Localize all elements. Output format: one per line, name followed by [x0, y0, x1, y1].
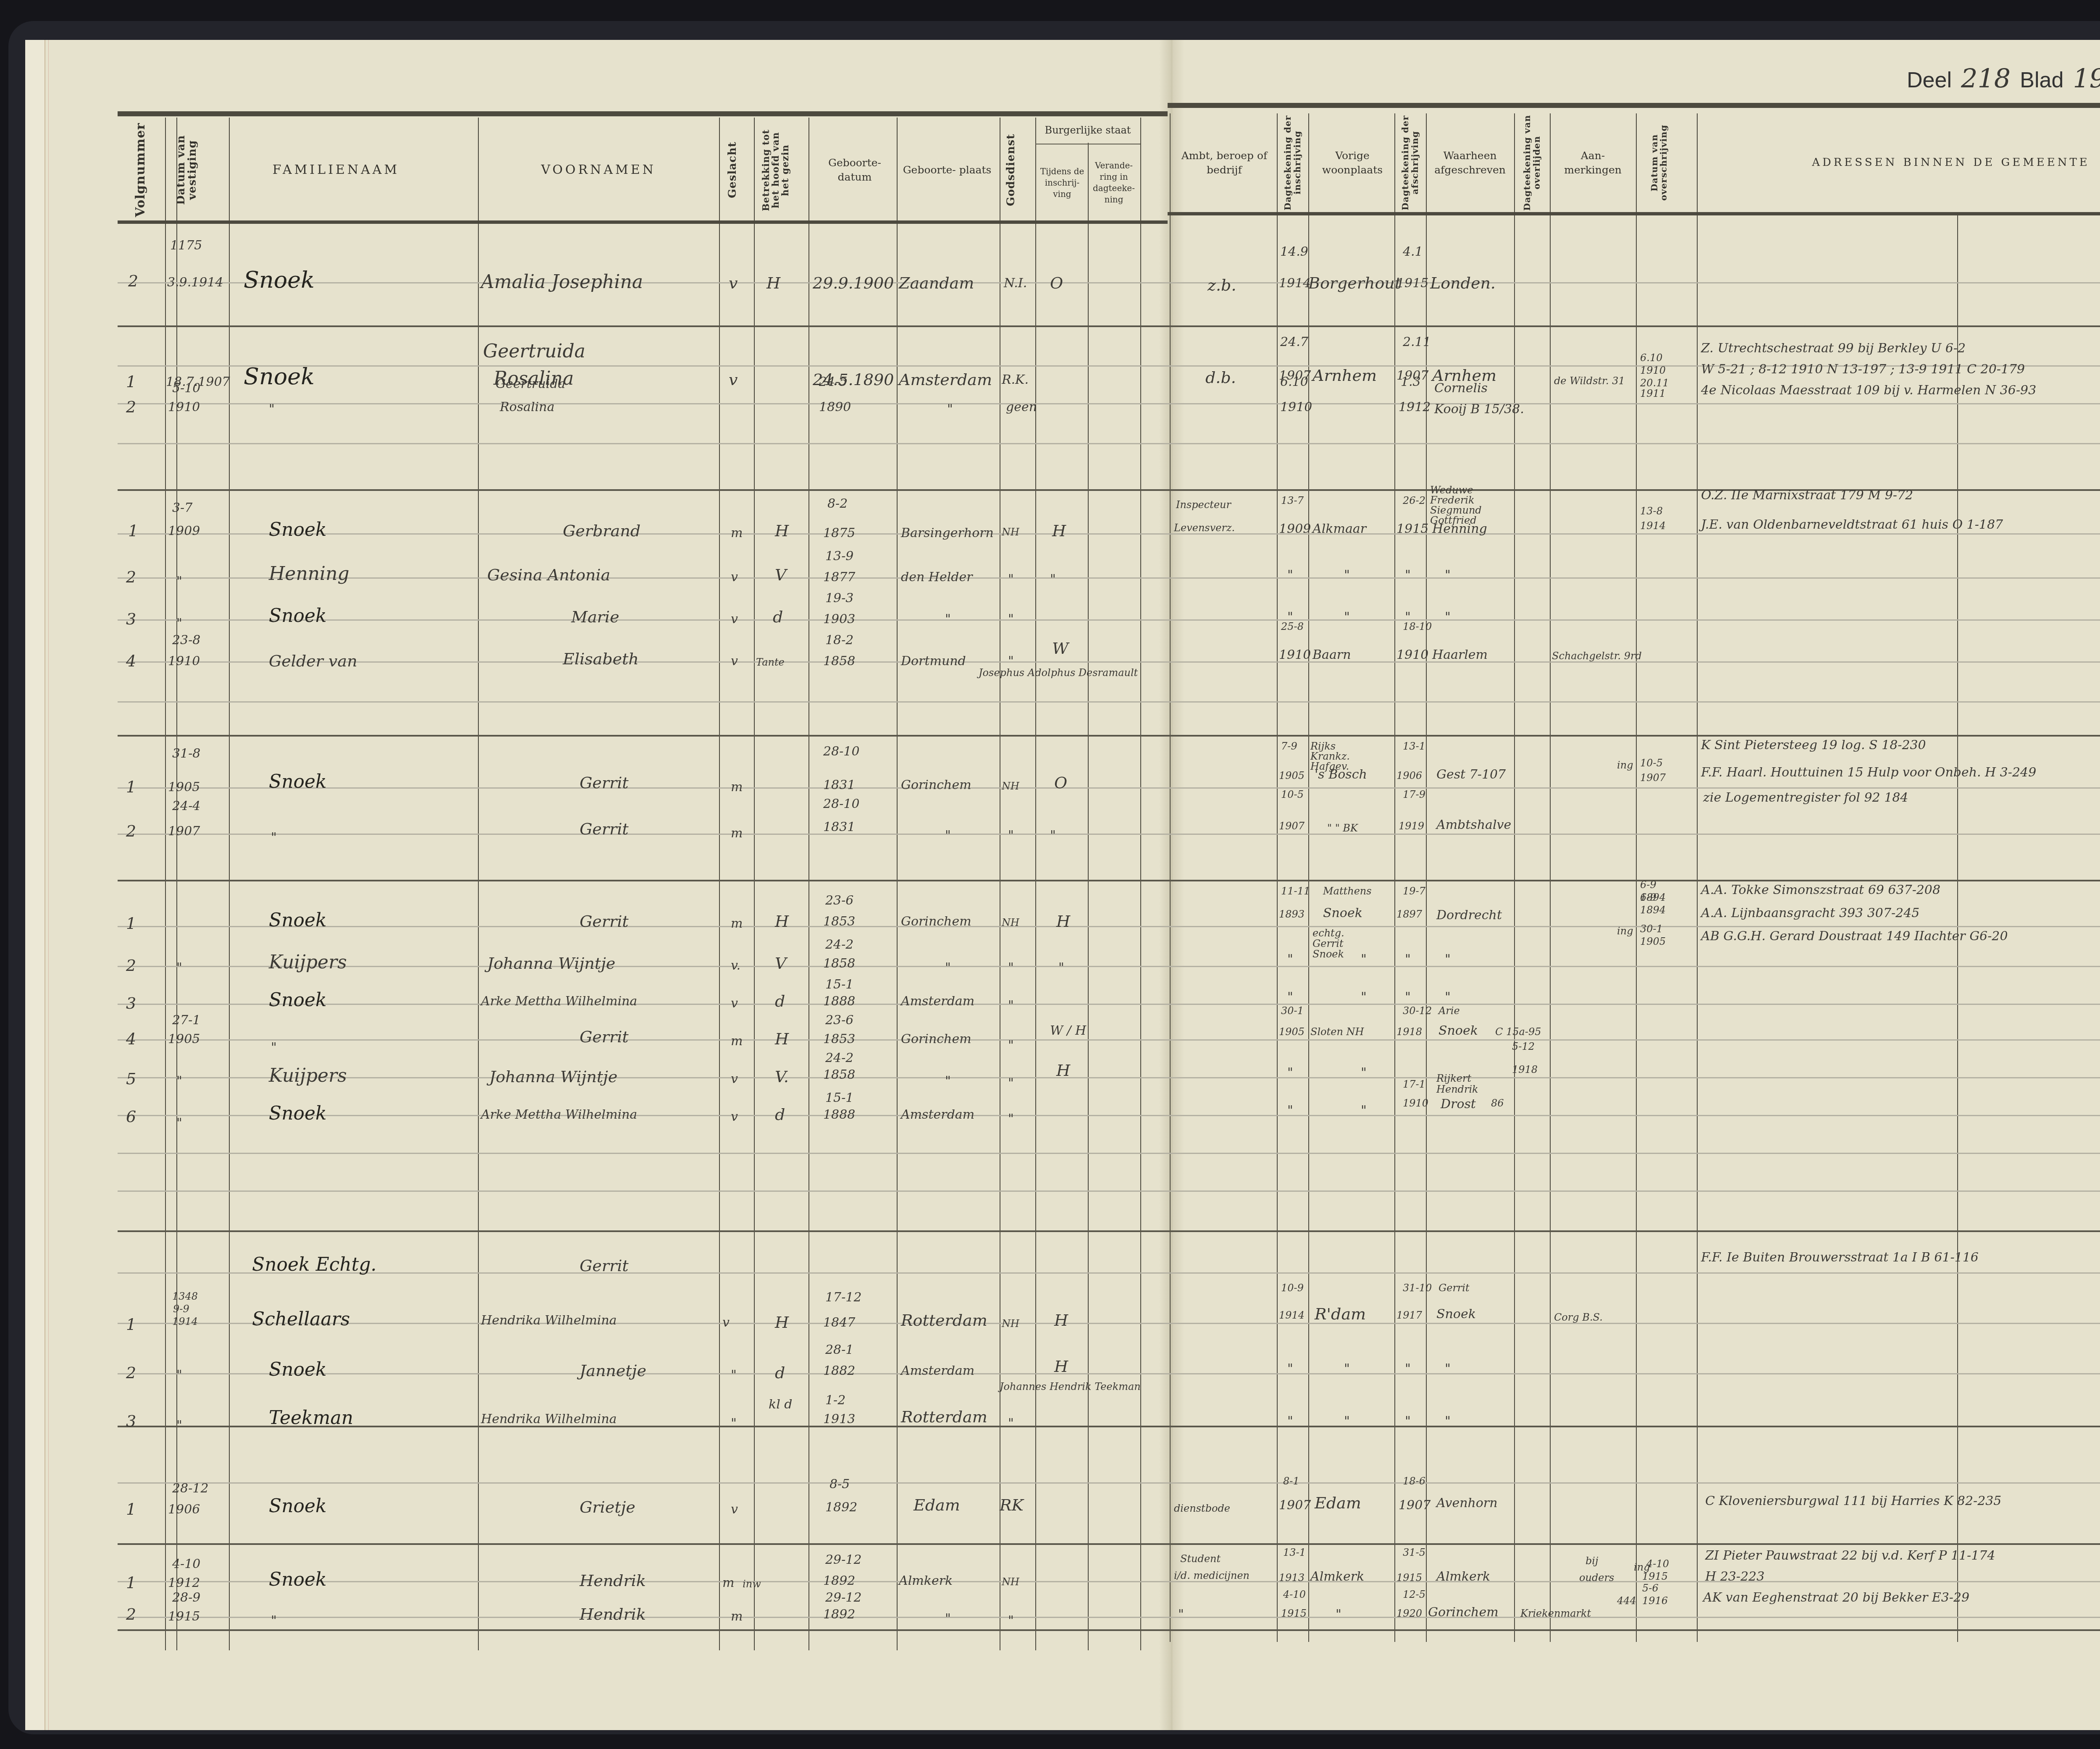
dagt-afschrijving: 1915	[1396, 1573, 1422, 1583]
vorige-woonplaats-2: echtg. Gerrit Snoek	[1312, 928, 1354, 960]
godsdienst: "	[1008, 1113, 1014, 1125]
col-volgnummer: Volgnummer	[122, 122, 160, 218]
dagt-afschrijving-top: 31-10	[1403, 1283, 1432, 1293]
geboortedatum-top: 24-2	[825, 939, 853, 951]
geslacht: v	[731, 1503, 738, 1516]
godsdienst: N.I.	[1004, 277, 1027, 290]
geslacht: "	[731, 1417, 737, 1430]
datum-vestiging: 1909	[168, 525, 200, 538]
vorige-woonplaats: "	[1344, 1363, 1350, 1375]
col-divider	[1957, 214, 1958, 1642]
familienaam: Teekman	[269, 1409, 353, 1427]
deel-value: 218	[1961, 63, 2011, 94]
address: K Sint Pietersteeg 19 log. S 18-230	[1701, 739, 1926, 752]
geboortedatum-top: 17-12	[825, 1291, 861, 1304]
overschrijving: 1894	[1640, 905, 1666, 915]
overschrijving: 1915	[1642, 1571, 1668, 1581]
geboorteplaats: Rotterdam	[901, 1312, 987, 1328]
geboortedatum: 1877	[823, 571, 855, 584]
dagt-inschrijving-top: 8-1	[1283, 1476, 1299, 1486]
familienaam: Snoek	[269, 607, 327, 625]
voornamen: Gesina Antonia	[487, 567, 610, 583]
geboortedatum-top: 8-5	[829, 1478, 850, 1491]
geslacht: m	[731, 527, 743, 540]
geboortedatum: 1913	[823, 1413, 855, 1426]
volgnummer: 3	[126, 611, 136, 627]
betrekking: Tante	[756, 657, 785, 667]
overschrijving-pre: ing	[1617, 760, 1633, 770]
betrekking: inw	[743, 1579, 761, 1589]
geboortedatum-top: 18-2	[825, 634, 853, 647]
dagt-afschrijving: 1918	[1396, 1027, 1422, 1037]
geboorteplaats: Gorinchem	[901, 915, 971, 928]
vorige-woonplaats: Alkmaar	[1312, 523, 1366, 535]
dagt-inschrijving-top: 11-11	[1281, 886, 1310, 896]
godsdienst: "	[1008, 1077, 1014, 1090]
col-waarheen: Waarheen afgeschreven	[1428, 113, 1512, 212]
geslacht: v	[731, 571, 738, 584]
vorige-woonplaats: "	[1336, 1608, 1341, 1621]
geboorteplaats: Gorinchem	[901, 779, 971, 792]
geboortedatum-top: 29-12	[825, 1554, 861, 1566]
overschrijving-top: 30-1	[1640, 924, 1663, 934]
col-godsdienst: Godsdienst	[997, 122, 1025, 218]
ruled-line	[118, 1272, 2100, 1274]
col-divider	[1170, 113, 1171, 1642]
geslacht: v	[731, 997, 738, 1010]
col-geboortedatum: Geboorte- datum	[811, 122, 899, 218]
familienaam: Snoek	[269, 1361, 327, 1379]
ruled-line	[118, 1004, 2100, 1005]
godsdienst: "	[1008, 1615, 1014, 1627]
ambt: z.b.	[1207, 277, 1236, 293]
vorige-woonplaats: "	[1361, 1067, 1367, 1079]
geboortedatum: 1858	[823, 655, 855, 668]
godsdienst: "	[1008, 999, 1014, 1012]
col-betrekking: Betrekking tot het hoofd van het gezin	[756, 122, 796, 218]
datum-vestiging: 1910	[168, 401, 200, 414]
dagt-inschrijving-top: 4-10	[1283, 1589, 1306, 1600]
col-dagt-afschrijving: Dagteekening der afschrijving	[1396, 113, 1424, 212]
godsdienst: "	[1008, 655, 1014, 668]
aanmerking-top: 444	[1617, 1596, 1636, 1606]
address-date-top: 13-8	[1640, 506, 1663, 516]
ruled-line	[118, 1482, 2100, 1484]
col-divider	[1308, 113, 1309, 1642]
aanmerking: C 15a-95	[1495, 1027, 1541, 1037]
godsdienst: NH	[1002, 1319, 1019, 1329]
page-bottom-rule	[118, 1629, 2100, 1631]
familienaam: "	[271, 1041, 277, 1054]
vorige-woonplaats: Arnhem	[1312, 367, 1377, 383]
familienaam: Snoek Echtg.	[252, 1256, 377, 1274]
voornamen: Amalia Josephina	[481, 273, 643, 291]
volgnummer: 4	[126, 653, 136, 669]
betrekking: H	[775, 1314, 789, 1330]
volgnummer: 1	[126, 915, 136, 931]
ruled-line	[118, 619, 2100, 621]
dagt-inschrijving-top: 10-5	[1281, 789, 1304, 800]
header-bottom-rule-right	[1168, 212, 2100, 215]
geboortedatum: 1847	[823, 1316, 855, 1329]
dagt-afschrijving-top: 17-1	[1403, 1079, 1425, 1089]
col-datum-vestiging: Datum van vestiging	[162, 122, 212, 218]
geboorteplaats: Edam	[913, 1497, 960, 1513]
dagt-inschrijving: 1907	[1279, 821, 1305, 831]
family-separator	[118, 735, 2100, 737]
dagt-inschrijving-top: 25-8	[1281, 621, 1304, 632]
aanmerking-top: 5-12	[1512, 1041, 1535, 1051]
datum-note: 1175	[170, 239, 202, 252]
dagt-inschrijving-top: 30-1	[1281, 1006, 1304, 1016]
waarheen: Henning	[1432, 523, 1487, 535]
voornamen: Elisabeth	[563, 651, 639, 667]
familienaam: "	[271, 1615, 277, 1627]
overschrijving-top: 5-6	[1642, 1583, 1659, 1593]
waarheen: "	[1445, 611, 1451, 624]
waarheen-1: Weduwe Frederik Siegmund Gottfried	[1430, 485, 1512, 525]
dagt-inschrijving: 1907	[1279, 1499, 1311, 1512]
familienaam: "	[271, 831, 277, 844]
dagt-inschrijving: "	[1287, 1415, 1293, 1428]
volgnummer: 4	[126, 1031, 136, 1047]
geboortedatum: 1831	[823, 779, 855, 792]
waarheen: Snoek	[1436, 1308, 1476, 1321]
dagt-afschrijving-top: 4.1	[1403, 246, 1423, 258]
geslacht: m	[731, 781, 743, 794]
dagt-afschrijving-top: 31-5	[1403, 1547, 1425, 1558]
geslacht: v	[729, 275, 738, 291]
geboortedatum: 1875	[823, 527, 855, 540]
overschrijving-top: 4-10	[1646, 1559, 1669, 1569]
burgerlijke-staat: O	[1050, 275, 1063, 291]
volgnummer: 3	[126, 995, 136, 1011]
geboorteplaats: Amsterdam	[901, 1365, 974, 1377]
col-voornamen: VOORNAMEN	[479, 122, 718, 218]
col-divider	[1550, 113, 1551, 1642]
ruled-line	[118, 926, 2100, 927]
datum-vestiging: "	[176, 1117, 182, 1130]
voornamen: Gerrit	[580, 913, 629, 929]
volgnummer: 1	[126, 779, 136, 795]
address-date: 1894	[1640, 892, 1666, 902]
godsdienst: "	[1008, 829, 1014, 842]
datum-mid: 9-9	[173, 1304, 189, 1314]
dagt-afschrijving: "	[1405, 1415, 1411, 1428]
address: C Kloveniersburgwal 111 bij Harries K 82…	[1705, 1495, 2001, 1508]
dagt-inschrijving-top: 13-7	[1281, 496, 1304, 506]
godsdienst: "	[1008, 613, 1014, 626]
voornamen: Gerrit	[580, 821, 629, 837]
ambt: d.b.	[1205, 370, 1236, 385]
ruled-line	[118, 1039, 2100, 1041]
address: zie Logementregister fol 92 184	[1703, 792, 1908, 804]
dagt-inschrijving: 1915	[1281, 1608, 1307, 1618]
staat-note: Josephus Adolphus Desramault	[979, 668, 1138, 678]
ruled-line	[118, 1373, 2100, 1374]
dagt-afschrijving-top: 2.11	[1403, 336, 1431, 349]
address-date-top: 6-9	[1640, 880, 1656, 890]
burgerlijke-staat: H	[1056, 1062, 1070, 1078]
deel-label: Deel	[1907, 68, 1952, 93]
geslacht: v	[729, 372, 738, 388]
waarheen: Londen.	[1430, 275, 1496, 291]
burgerlijke-staat: H	[1054, 1358, 1068, 1374]
aanmerking: Schachgelstr. 9rd	[1552, 651, 1642, 661]
betrekking: kl d	[769, 1398, 793, 1411]
geboortedatum-top: 24-2	[825, 1052, 853, 1065]
waarheen: "	[1445, 1415, 1451, 1428]
waarheen-1: Rijkert Hendrik	[1436, 1073, 1487, 1095]
geslacht: v.	[731, 960, 740, 972]
vorige-woonplaats: "	[1344, 611, 1350, 624]
address-date: 1910	[1640, 365, 1666, 375]
ambt: i/d. medicijnen	[1174, 1571, 1249, 1581]
geboortedatum-top: 24-5	[819, 376, 847, 388]
burgerlijke-staat: W	[1052, 640, 1068, 656]
dagt-afschrijving-top: 13-1	[1403, 741, 1425, 751]
geslacht: m	[722, 1577, 734, 1589]
voornamen: Johanna Wijntje	[487, 955, 615, 971]
dagt-afschrijving: 1919	[1399, 821, 1424, 831]
datum-vestiging: 1906	[168, 1503, 200, 1516]
dagt-afschrijving: 1915	[1396, 277, 1428, 290]
dagt-inschrijving: "	[1287, 1104, 1293, 1117]
waarheen: "	[1445, 569, 1451, 582]
staat-note: Johannes Hendrik Teekman	[1000, 1382, 1141, 1392]
waarheen-1: Gerrit	[1438, 1283, 1470, 1293]
dagt-afschrijving: 1912	[1399, 401, 1431, 414]
volgnummer: 2	[126, 399, 136, 415]
geboortedatum-top: 23-6	[825, 894, 853, 907]
dagt-afschrijving-top: 18-10	[1403, 621, 1432, 632]
ambt-1: Inspecteur	[1176, 500, 1231, 510]
datum-top: 28-9	[172, 1592, 200, 1604]
familienaam: Snoek	[269, 773, 327, 791]
dagt-afschrijving: 1907	[1399, 1499, 1431, 1512]
dagt-inschrijving: 1905	[1279, 771, 1305, 781]
dagt-inschrijving: "	[1287, 569, 1293, 582]
ruled-line	[118, 701, 2100, 703]
waarheen: Avenhorn	[1436, 1497, 1498, 1510]
datum-vestiging: 1912	[168, 1577, 200, 1589]
overschrijving: 1907	[1640, 773, 1666, 783]
geslacht: m	[731, 1035, 743, 1048]
ruled-line	[118, 1077, 2100, 1078]
waarheen: "	[1445, 953, 1451, 966]
volgnummer: 2	[128, 273, 138, 289]
burgerlijke-staat: H	[1056, 913, 1070, 929]
voornamen: Rosalina	[500, 401, 554, 414]
datum-vestiging: "	[176, 575, 182, 588]
familienaam: "	[269, 403, 275, 416]
col-ambt: Ambt, beroep of bedrijf	[1172, 113, 1277, 212]
address-date-top: 20.11	[1640, 378, 1669, 388]
datum-vestiging: "	[176, 617, 182, 630]
address-date-top: 6.10	[1640, 353, 1662, 363]
burgerlijke-staat: W / H	[1050, 1025, 1086, 1037]
ruled-line	[118, 1190, 2100, 1192]
dagt-inschrijving: "	[1287, 953, 1293, 966]
betrekking: H	[775, 913, 789, 929]
dagt-inschrijving: 1914	[1279, 277, 1311, 290]
book-gutter	[1159, 40, 1184, 1730]
volgnummer: 3	[126, 1413, 136, 1429]
vorige-woonplaats: Borgerhout	[1308, 275, 1401, 291]
voornamen: Gerrit	[580, 1258, 629, 1274]
godsdienst: "	[1008, 962, 1014, 974]
datum-vestiging: "	[176, 1369, 182, 1382]
family-separator	[118, 1426, 2100, 1427]
address: ZI Pieter Pauwstraat 22 bij v.d. Kerf P …	[1705, 1550, 1995, 1562]
geboorteplaats: Zaandam	[899, 275, 974, 291]
col-divider	[1000, 118, 1000, 1650]
col-divider	[1140, 118, 1141, 1650]
volgnummer: 1	[126, 374, 136, 390]
col-vorige-woonplaats: Vorige woonplaats	[1310, 113, 1394, 212]
voornamen: Hendrik	[580, 1573, 646, 1589]
familienaam: Kuijpers	[269, 953, 347, 972]
address: AK van Eeghenstraat 20 bij Bekker E3-29	[1703, 1592, 1969, 1604]
voornamen: Johanna Wijntje	[489, 1069, 617, 1085]
volgnummer: 1	[128, 523, 138, 539]
vorige-woonplaats: "	[1344, 1415, 1350, 1428]
geboortedatum: 1892	[823, 1575, 855, 1587]
dagt-inschrijving: 1910	[1279, 649, 1311, 661]
dagt-inschrijving-top: 14.9	[1280, 246, 1308, 258]
geboortedatum: 1888	[823, 995, 855, 1008]
geboortedatum: 1882	[823, 1365, 855, 1377]
familienaam: Snoek	[269, 911, 327, 930]
volgnummer: 1	[126, 1501, 136, 1517]
volgnummer: 6	[126, 1109, 136, 1125]
familienaam: Snoek	[244, 365, 315, 388]
aanmerking: Kriekenmarkt	[1520, 1608, 1591, 1618]
geboortedatum-top: 15-1	[825, 978, 853, 991]
geboortedatum: 1890	[819, 401, 851, 414]
ruled-line	[118, 533, 2100, 535]
burgerlijke-staat-divider	[1035, 144, 1140, 144]
geboortedatum-top: 1-2	[825, 1394, 845, 1407]
dagt-inschrijving: 1909	[1279, 523, 1311, 535]
col-divider	[165, 118, 166, 1650]
ambt: "	[1178, 1608, 1184, 1621]
dagt-inschrijving-top: 6.10	[1280, 376, 1308, 388]
vorige-woonplaats: 's Bosch	[1315, 768, 1367, 781]
datum-vestiging: "	[176, 962, 182, 974]
family-separator	[118, 1543, 2100, 1545]
geboortedatum: 1858	[823, 1069, 855, 1081]
betrekking: V	[775, 567, 786, 583]
col-divider	[1088, 143, 1089, 1650]
page-edge-margin	[45, 40, 49, 1730]
voornamen: Hendrika Wilhelmina	[481, 1314, 617, 1327]
dagt-afschrijving: 1897	[1396, 909, 1422, 919]
address: A.A. Lijnbaansgracht 393 307-245	[1701, 907, 1919, 920]
col-datum-overschrijving: Datum van overschrijving	[1638, 113, 1680, 212]
ruled-line	[118, 1323, 2100, 1324]
col-aanmerkingen: Aan- merkingen	[1552, 113, 1634, 212]
volgnummer: 1	[126, 1316, 136, 1332]
ruled-line	[118, 661, 2100, 663]
col-divider	[478, 118, 479, 1650]
col-adressen: ADRESSEN BINNEN DE GEMEENTE	[1705, 113, 2100, 212]
header-top-rule-right	[1168, 103, 2100, 108]
address-date: 1911	[1640, 388, 1666, 399]
dagt-inschrijving: "	[1287, 1363, 1293, 1375]
ruled-line	[118, 834, 2100, 835]
familienaam: Schellaars	[252, 1310, 350, 1329]
col-divider	[754, 118, 755, 1650]
geboortedatum-top: 8-2	[827, 498, 848, 510]
burgerlijke-staat: H	[1052, 523, 1066, 539]
datum-top: 3-7	[172, 502, 192, 514]
aanmerking: ouders	[1579, 1573, 1614, 1583]
dagt-afschrijving-top: 30-12	[1403, 1006, 1432, 1016]
address: O.Z. IIe Marnixstraat 179 M 9-72	[1701, 489, 1913, 502]
familienaam: Snoek	[269, 521, 327, 539]
geboortedatum: 1888	[823, 1109, 855, 1121]
geboortedatum: 1853	[823, 1033, 855, 1046]
family-separator	[118, 325, 2100, 327]
dagt-inschrijving: 1910	[1280, 401, 1312, 414]
ambt: dienstbode	[1174, 1503, 1230, 1513]
vorige-woonplaats: Snoek	[1323, 907, 1362, 920]
ruled-line	[118, 1581, 2100, 1582]
family-separator	[118, 880, 2100, 881]
betrekking: H	[775, 523, 789, 539]
geboortedatum-top: 19-3	[825, 592, 853, 605]
vorige-woonplaats: " " BK	[1327, 823, 1358, 833]
family-separator	[118, 1230, 2100, 1232]
familienaam: Snoek	[269, 1104, 327, 1123]
vorige-woonplaats: R'dam	[1315, 1306, 1366, 1322]
dagt-afschrijving: 1910	[1403, 1098, 1428, 1108]
familienaam: Snoek	[269, 1497, 327, 1516]
datum-vestiging: 3.9.1914	[167, 276, 223, 289]
dagt-afschrijving: "	[1405, 991, 1411, 1004]
volgnummer: 2	[126, 569, 136, 585]
geboorteplaats: "	[945, 829, 951, 842]
geboortedatum: 1831	[823, 821, 855, 834]
geslacht: v	[731, 1111, 738, 1123]
col-geslacht: Geslacht	[720, 122, 745, 218]
dagt-inschrijving: 1893	[1279, 909, 1305, 919]
waarheen: Dordrecht	[1436, 909, 1502, 922]
ruled-line	[118, 403, 2100, 404]
voornamen: Gerrit	[580, 1029, 629, 1045]
waarheen-1: Cornelis	[1434, 382, 1488, 395]
blad-value: 19	[2073, 63, 2100, 94]
datum-top: 1348	[172, 1291, 198, 1301]
betrekking: d	[775, 1107, 785, 1122]
address: Z. Utrechtschestraat 99 bij Berkley U 6-…	[1701, 342, 1966, 355]
geboortedatum: 29.9.1900	[813, 275, 894, 291]
aanmerking: de Wildstr. 31	[1554, 376, 1625, 386]
ruled-line	[118, 787, 2100, 789]
godsdienst: R.K.	[1002, 374, 1029, 386]
waarheen: Gest 7-107	[1436, 768, 1506, 781]
blad-label: Blad	[2020, 68, 2063, 93]
geboortedatum-top: 23-6	[825, 1014, 853, 1027]
dagt-afschrijving-top: 26-2	[1403, 496, 1425, 506]
volgnummer: 2	[126, 1365, 136, 1381]
volgnummer: 2	[126, 957, 136, 973]
betrekking: V	[775, 955, 786, 971]
dagt-inschrijving-top: 10-9	[1281, 1283, 1304, 1293]
dagt-inschrijving-top: 7-9	[1281, 741, 1297, 751]
familienaam: Snoek	[269, 991, 327, 1010]
